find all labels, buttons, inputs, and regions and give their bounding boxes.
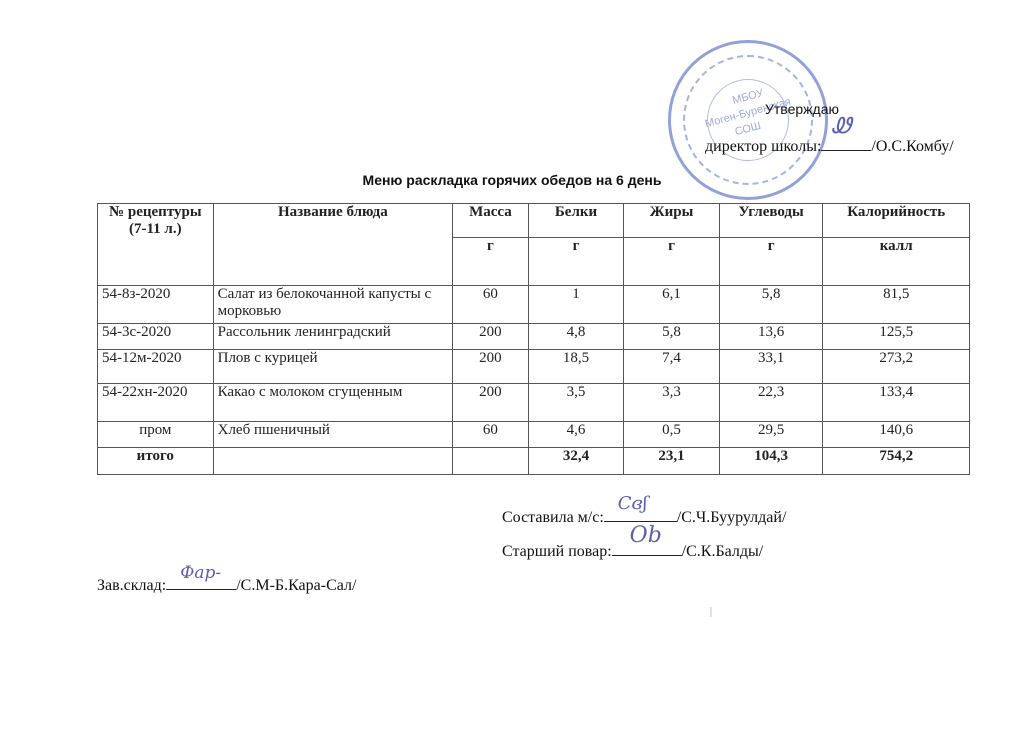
table-row: 54-22хн-2020 Какао с молоком сгущенным 2… <box>98 384 970 422</box>
table-total-row: итого 32,4 23,1 104,3 754,2 <box>98 448 970 475</box>
cell-calories: 273,2 <box>823 350 970 384</box>
cell-mass: 60 <box>453 422 529 448</box>
header-mass: Масса <box>453 204 529 238</box>
cell-carbs: 5,8 <box>719 286 823 324</box>
cell-name: Хлеб пшеничный <box>213 422 452 448</box>
chef-signature-field: Ob <box>612 541 682 556</box>
total-name <box>213 448 452 475</box>
cell-mass: 200 <box>453 384 529 422</box>
cell-carbs: 33,1 <box>719 350 823 384</box>
total-label: итого <box>98 448 214 475</box>
cell-mass: 60 <box>453 286 529 324</box>
total-fats: 23,1 <box>624 448 720 475</box>
header-code: № рецептуры (7-11 л.) <box>98 204 214 286</box>
total-calories: 754,2 <box>823 448 970 475</box>
total-proteins: 32,4 <box>528 448 623 475</box>
composed-label: Составила м/с: <box>502 509 604 526</box>
cell-code: пром <box>98 422 214 448</box>
table-row: 54-3с-2020 Рассольник ленинградский 200 … <box>98 324 970 350</box>
cell-calories: 81,5 <box>823 286 970 324</box>
cell-fats: 6,1 <box>624 286 720 324</box>
table-row: 54-8з-2020 Салат из белокочанной капусты… <box>98 286 970 324</box>
cell-fats: 3,3 <box>624 384 720 422</box>
table-row: пром Хлеб пшеничный 60 4,6 0,5 29,5 140,… <box>98 422 970 448</box>
cell-carbs: 22,3 <box>719 384 823 422</box>
header-carbs: Углеводы <box>719 204 823 238</box>
cell-proteins: 4,8 <box>528 324 623 350</box>
cell-proteins: 4,6 <box>528 422 623 448</box>
cell-proteins: 3,5 <box>528 384 623 422</box>
header-proteins: Белки <box>528 204 623 238</box>
composed-name: /С.Ч.Буурулдай/ <box>677 509 787 526</box>
cell-fats: 7,4 <box>624 350 720 384</box>
total-carbs: 104,3 <box>719 448 823 475</box>
cell-code: 54-12м-2020 <box>98 350 214 384</box>
unit-mass: г <box>453 238 529 286</box>
cell-mass: 200 <box>453 350 529 384</box>
storage-name: /С.М-Б.Кара-Сал/ <box>236 577 356 594</box>
approval-label: Утверждаю <box>765 101 839 117</box>
cell-fats: 5,8 <box>624 324 720 350</box>
cell-name: Рассольник ленинградский <box>213 324 452 350</box>
cell-code: 54-22хн-2020 <box>98 384 214 422</box>
composed-signature: Cɞʃ <box>618 495 648 513</box>
director-signature-field: Ꮺ <box>821 136 871 151</box>
storage-label: Зав.склад: <box>97 577 166 594</box>
chef-signature-line: Старший повар:Ob/С.К.Балды/ <box>502 541 763 561</box>
page-title: Меню раскладка горячих обедов на 6 день <box>0 172 1024 188</box>
chef-label: Старший повар: <box>502 543 612 560</box>
cell-fats: 0,5 <box>624 422 720 448</box>
header-name: Название блюда <box>213 204 452 286</box>
cell-calories: 125,5 <box>823 324 970 350</box>
cell-proteins: 18,5 <box>528 350 623 384</box>
cell-calories: 133,4 <box>823 384 970 422</box>
cell-name: Салат из белокочанной капусты с морковью <box>213 286 452 324</box>
cell-code: 54-8з-2020 <box>98 286 214 324</box>
cell-mass: 200 <box>453 324 529 350</box>
header-calories: Калорийность <box>823 204 970 238</box>
storage-signature-line: Зав.склад:Фар-/С.М-Б.Кара-Сал/ <box>97 575 356 595</box>
director-label: директор школы: <box>705 138 821 155</box>
unit-carbs: г <box>719 238 823 286</box>
cell-name: Плов с курицей <box>213 350 452 384</box>
storage-signature: Фар- <box>180 565 221 582</box>
total-mass <box>453 448 529 475</box>
header-fats: Жиры <box>624 204 720 238</box>
director-signature: Ꮺ <box>831 116 851 138</box>
composed-signature-field: Cɞʃ <box>604 507 677 522</box>
table-header-row: № рецептуры (7-11 л.) Название блюда Мас… <box>98 204 970 238</box>
cell-code: 54-3с-2020 <box>98 324 214 350</box>
unit-calories: калл <box>823 238 970 286</box>
cell-name: Какао с молоком сгущенным <box>213 384 452 422</box>
storage-signature-field: Фар- <box>166 575 236 590</box>
menu-table: № рецептуры (7-11 л.) Название блюда Мас… <box>97 203 970 475</box>
cell-carbs: 29,5 <box>719 422 823 448</box>
director-name: /О.С.Комбу/ <box>871 138 953 155</box>
chef-name: /С.К.Балды/ <box>682 543 764 560</box>
table-row: 54-12м-2020 Плов с курицей 200 18,5 7,4 … <box>98 350 970 384</box>
cell-carbs: 13,6 <box>719 324 823 350</box>
cell-calories: 140,6 <box>823 422 970 448</box>
chef-signature: Ob <box>630 525 662 547</box>
director-signature-line: директор школы:Ꮺ/О.С.Комбу/ <box>705 136 954 156</box>
cell-proteins: 1 <box>528 286 623 324</box>
scan-speck <box>710 607 712 617</box>
unit-fats: г <box>624 238 720 286</box>
unit-proteins: г <box>528 238 623 286</box>
